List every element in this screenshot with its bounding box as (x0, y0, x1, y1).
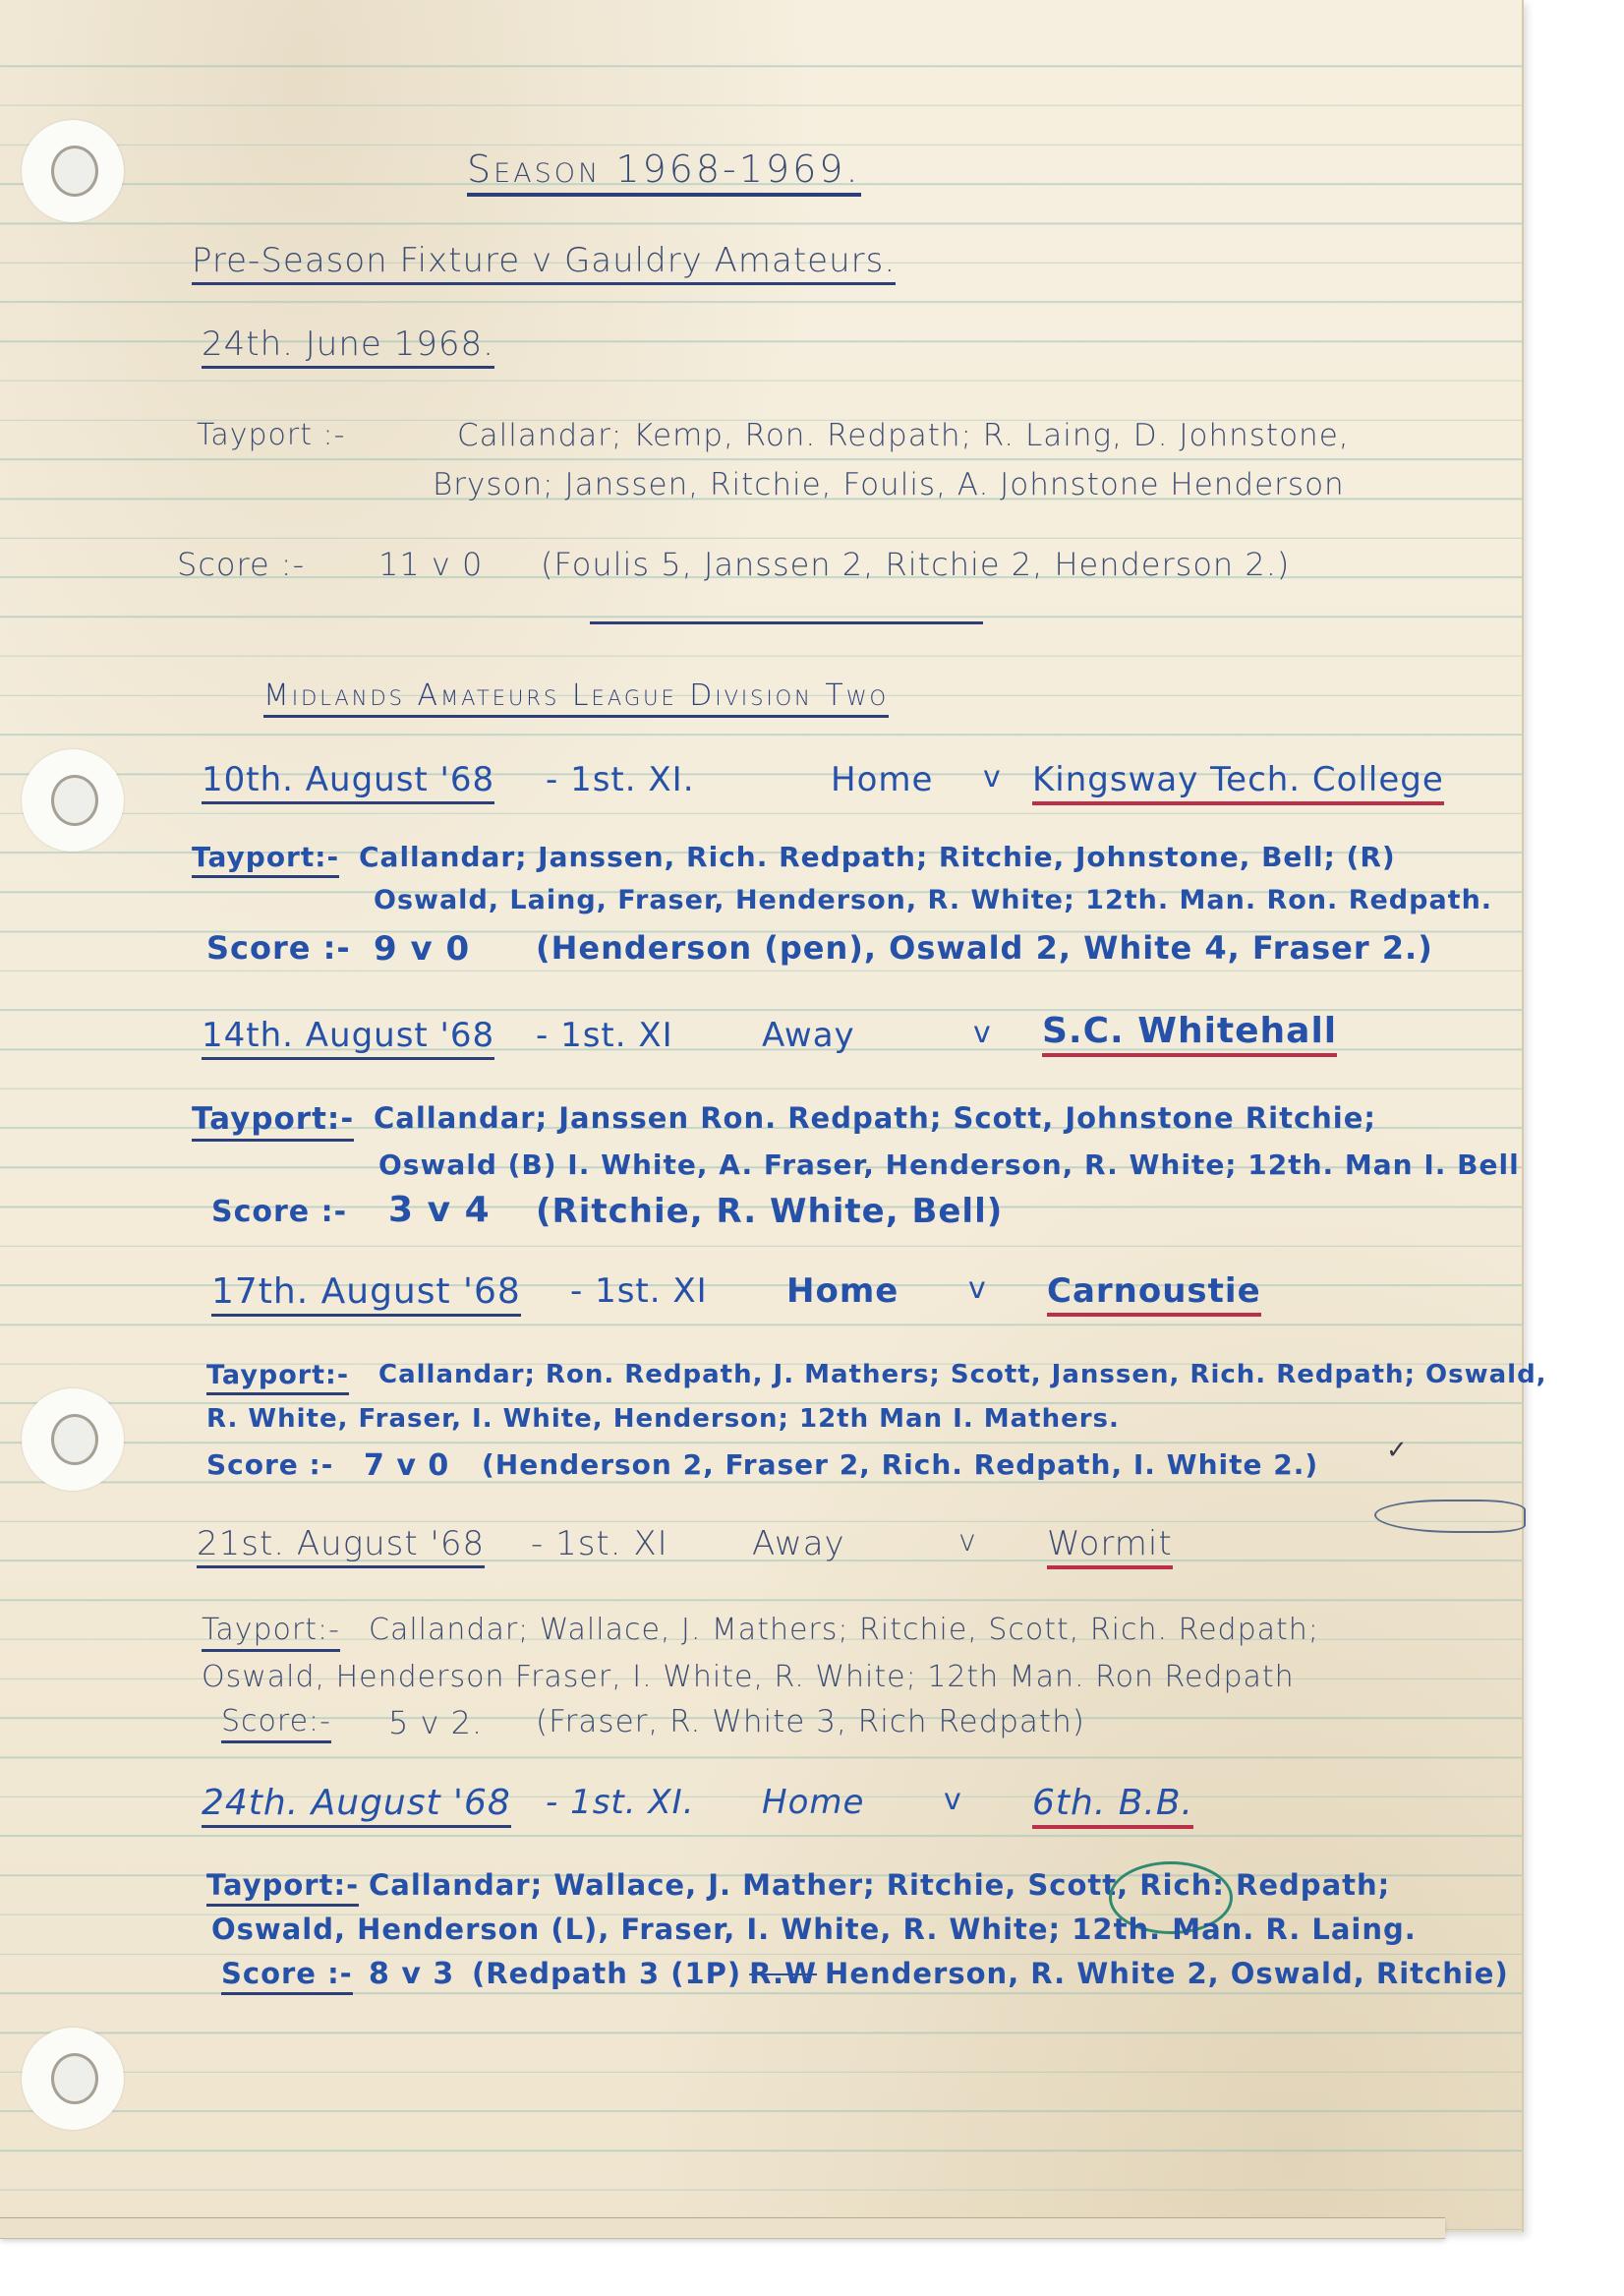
score-label: Score :- (177, 546, 305, 583)
scribble-mark (1374, 1500, 1526, 1533)
fixture-opponent: Wormit (1047, 1524, 1173, 1569)
lineup-line1: Callandar; Ron. Redpath, J. Mathers; Sco… (378, 1360, 1547, 1389)
fixture-scorers: (Ritchie, R. White, Bell) (536, 1192, 1003, 1231)
fixture-score: 9 v 0 (374, 929, 470, 969)
team-label: Tayport:- (202, 1613, 340, 1652)
team-label: Tayport:- (192, 841, 339, 878)
lineup-line2: Oswald, Henderson Fraser, I. White, R. W… (202, 1660, 1295, 1694)
notebook-page: Season 1968-1969. Pre-Season Fixture v G… (0, 0, 1524, 2232)
lineup-line1: Callandar; Janssen, Rich. Redpath; Ritch… (359, 841, 1396, 873)
punch-hole (22, 1388, 124, 1491)
fixture-team: - 1st. XI (536, 1016, 673, 1055)
scorers-part: (Redpath 3 (1P) (472, 1957, 741, 1990)
preseason-score: 11 v 0 (378, 546, 483, 583)
score-label: Score :- (211, 1195, 347, 1229)
preseason-heading: Pre-Season Fixture v Gauldry Amateurs. (192, 241, 896, 285)
team-label: Tayport:- (206, 1868, 359, 1907)
score-label: Score :- (221, 1957, 353, 1995)
fixture-venue: Away (752, 1524, 845, 1563)
fixture-date: 14th. August '68 (202, 1016, 494, 1060)
fixture-team: - 1st. XI (531, 1524, 668, 1563)
lineup-line1: Callandar; Janssen Ron. Redpath; Scott, … (374, 1101, 1376, 1135)
fixture-date: 17th. August '68 (211, 1271, 521, 1317)
page-title: Season 1968-1969. (467, 147, 861, 197)
versus: v (944, 1783, 962, 1817)
lineup-line1: Callandar; Wallace, J. Mather; Ritchie, … (369, 1868, 1390, 1902)
fixture-scorers: (Henderson 2, Fraser 2, Rich. Redpath, I… (482, 1448, 1318, 1481)
punch-hole (22, 2028, 124, 2130)
fixture-team: - 1st. XI (570, 1271, 708, 1311)
lineup-line2: Oswald (B) I. White, A. Fraser, Henderso… (378, 1148, 1520, 1181)
lineup-line1: Callandar; Wallace, J. Mathers; Ritchie,… (369, 1613, 1319, 1647)
versus: v (983, 760, 1002, 795)
fixture-venue: Away (762, 1016, 855, 1055)
fixture-venue: Home (831, 760, 933, 799)
preseason-date: 24th. June 1968. (202, 324, 494, 369)
preseason-scorers: (Foulis 5, Janssen 2, Ritchie 2, Henders… (541, 546, 1290, 583)
fixture-score: 5 v 2. (388, 1704, 483, 1741)
team-label: Tayport:- (192, 1101, 354, 1142)
versus: v (968, 1271, 987, 1306)
scorers-part: Henderson, R. White 2, Oswald, Ritchie) (825, 1957, 1509, 1990)
preseason-lineup-line2: Bryson; Janssen, Ritchie, Foulis, A. Joh… (433, 467, 1345, 502)
punch-hole (22, 749, 124, 852)
fixture-date: 21st. August '68 (197, 1524, 485, 1568)
fixture-opponent: 6th. B.B. (1032, 1783, 1193, 1829)
fixture-score: 8 v 3 (369, 1957, 454, 1991)
fixture-date: 24th. August '68 (202, 1783, 511, 1828)
team-label: Tayport :- (197, 418, 345, 452)
lineup-line2: R. White, Fraser, I. White, Henderson; 1… (206, 1404, 1120, 1434)
fixture-scorers: (Fraser, R. White 3, Rich Redpath) (536, 1704, 1085, 1739)
tick-mark: ✓ (1386, 1436, 1408, 1465)
score-label: Score:- (221, 1704, 331, 1743)
punch-hole (22, 120, 124, 222)
lineup-line2: Oswald, Laing, Fraser, Henderson, R. Whi… (374, 885, 1492, 915)
torn-page-edge (0, 2217, 1445, 2239)
lineup-line2: Oswald, Henderson (L), Fraser, I. White,… (211, 1913, 1417, 1946)
fixture-opponent: Kingsway Tech. College (1032, 760, 1444, 805)
fixture-team: - 1st. XI. (546, 1783, 695, 1822)
team-label: Tayport:- (206, 1360, 349, 1395)
struck-text: R.W (749, 1957, 817, 1990)
fixture-score: 7 v 0 (364, 1448, 449, 1483)
league-heading: Midlands Amateurs League Division Two (263, 678, 889, 718)
fixture-scorers: (Redpath 3 (1P) R.W Henderson, R. White … (472, 1957, 1509, 1990)
fixture-score: 3 v 4 (388, 1190, 491, 1230)
divider-line (590, 621, 983, 624)
fixture-opponent: S.C. Whitehall (1042, 1011, 1337, 1057)
score-label: Score :- (206, 1448, 333, 1481)
fixture-date: 10th. August '68 (202, 760, 494, 804)
fixture-venue: Home (762, 1783, 864, 1822)
fixture-opponent: Carnoustie (1047, 1271, 1261, 1317)
fixture-team: - 1st. XI. (546, 760, 695, 799)
preseason-lineup-line1: Callandar; Kemp, Ron. Redpath; R. Laing,… (457, 418, 1350, 453)
score-label: Score :- (206, 929, 351, 967)
fixture-scorers: (Henderson (pen), Oswald 2, White 4, Fra… (536, 929, 1433, 967)
fixture-venue: Home (786, 1271, 899, 1311)
versus: v (958, 1524, 977, 1559)
versus: v (973, 1016, 992, 1050)
